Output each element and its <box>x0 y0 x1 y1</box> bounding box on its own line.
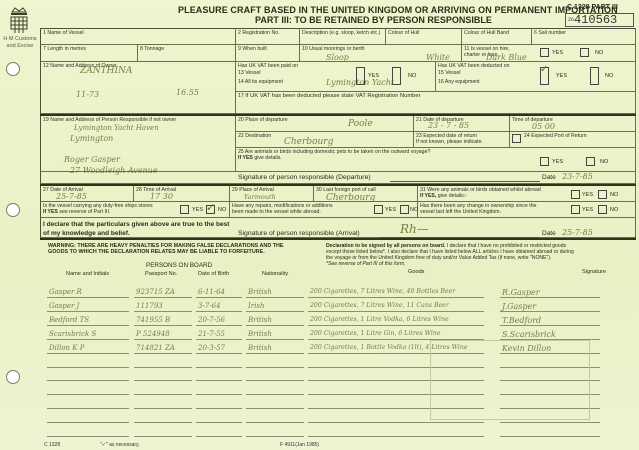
footer-note: "✓" as necessary. <box>100 442 140 448</box>
duty-free-yes-checkbox[interactable] <box>180 205 189 214</box>
field-time-arrival[interactable]: 28 Time of Arrival <box>134 186 230 202</box>
field-expected-port-return[interactable]: 24 Expected Port of Return <box>510 132 636 148</box>
hire-no-label: NO <box>595 50 603 56</box>
table-row-line <box>134 436 192 437</box>
ownership-no-label: NO <box>610 207 618 213</box>
table-cell-signature[interactable]: R.Gasper <box>502 288 540 297</box>
ownership-yes-label: YES <box>582 207 593 213</box>
label: 9 When built <box>238 46 267 52</box>
divider <box>40 238 636 240</box>
label: Has there been any change in ownership s… <box>420 203 540 215</box>
table-cell-goods[interactable]: 200 Cigarettes, 7 Litres Wine, 40 Bottle… <box>310 288 455 295</box>
table-row-line <box>47 394 129 395</box>
table-row-line <box>134 380 192 381</box>
vat-deducted-no-label: NO <box>605 73 613 79</box>
label: 22 Destination <box>238 133 271 139</box>
checkmark-icon: ✓ <box>206 201 215 214</box>
table-row-line <box>246 353 304 354</box>
col-header-signature: Signature <box>582 269 606 275</box>
footer-form-code: C 1328 <box>44 442 60 448</box>
col-header-goods: Goods <box>408 269 424 275</box>
field-registration-no[interactable]: 2 Registration No. <box>236 28 300 45</box>
royal-crest-icon <box>6 6 32 36</box>
label: see reverse of Part III. <box>58 209 110 215</box>
field-vat-registration[interactable]: 17 If UK VAT has been deducted please st… <box>236 92 636 114</box>
table-row-line <box>196 353 242 354</box>
persons-on-board-title: PERSONS ON BOARD <box>146 262 212 269</box>
table-row-line <box>196 339 242 340</box>
label: If not known, please indicate. <box>416 139 507 145</box>
table-cell-name[interactable]: Bedford TS <box>49 316 89 324</box>
col-header-passport: Passport No. <box>145 271 177 277</box>
field-animals-outward: 25 Are animals or birds including domest… <box>236 148 636 172</box>
label: 19 Name and Address of Person Responsibl… <box>43 117 176 123</box>
table-cell-goods[interactable]: 200 Cigarettes, 7 Litres Wine, 11 Cans B… <box>310 302 449 309</box>
table-row-line <box>500 297 600 298</box>
table-cell-name[interactable]: Gasper J <box>49 302 79 310</box>
field-tonnage[interactable]: 8 Tonnage <box>138 45 236 62</box>
label: Has UK VAT been deducted on <box>436 62 635 70</box>
table-row-line <box>134 325 192 326</box>
handwritten-hull-colour: White <box>426 53 450 62</box>
duty-free-no-label: NO <box>218 207 226 213</box>
handwritten-destination: Cherbourg <box>284 137 333 147</box>
label: If YES <box>238 155 253 161</box>
label: Colour of Hull <box>388 30 419 36</box>
table-cell-signature[interactable]: S.Scarisbrick <box>502 330 556 339</box>
table-cell-nationality[interactable]: British <box>248 330 272 338</box>
table-row-line <box>246 394 304 395</box>
checkmark-icon: ✓ <box>540 64 548 75</box>
table-cell-passport[interactable]: 741955 B <box>136 316 170 324</box>
duty-free-yes-label: YES <box>192 207 203 213</box>
table-cell-signature[interactable]: J.Gasper <box>502 302 536 311</box>
declaration-line1: I declare that the particulars given abo… <box>43 221 229 228</box>
animals-abroad-yes-checkbox[interactable] <box>571 190 580 199</box>
handwritten-responsible-line1: Lymington Yacht Haven <box>74 124 159 132</box>
handwritten-place-departure: Poole <box>348 119 373 129</box>
departure-date-label: Date <box>542 174 556 181</box>
table-row-line <box>308 297 484 298</box>
label: give details. <box>253 155 282 161</box>
table-cell-passport[interactable]: P 524948 <box>136 330 170 338</box>
table-row-line <box>308 436 484 437</box>
table-cell-dob[interactable]: 3-7-64 <box>198 302 221 310</box>
table-row-line <box>134 311 192 312</box>
table-row-line <box>246 311 304 312</box>
table-row-line <box>47 339 129 340</box>
table-row-line <box>196 311 242 312</box>
label: 2 Registration No. <box>238 30 280 36</box>
table-cell-nationality[interactable]: British <box>248 288 272 296</box>
label: Colour of Hull Band <box>464 30 509 36</box>
handwritten-responsible-line3: Roger Gasper <box>64 155 120 164</box>
handwritten-description: Sloop <box>326 53 349 62</box>
animals-outward-yes-label: YES <box>552 159 563 165</box>
declaration-block: Declaration to be signed by all persons … <box>326 243 626 267</box>
table-row-line <box>196 436 242 437</box>
label: If YES, <box>420 193 436 199</box>
form-code: C 1328 PART III <box>567 4 618 11</box>
declaration-line2: of my knowledge and belief. <box>43 230 130 237</box>
handwritten-owner-extra: 16.55 <box>176 88 199 97</box>
agency-name: H M Customs and Excise <box>2 36 38 50</box>
departure-signature-line[interactable] <box>390 181 540 182</box>
table-row-line <box>47 436 129 437</box>
table-cell-dob[interactable]: 20-7-56 <box>198 316 225 324</box>
table-row-line <box>196 394 242 395</box>
table-row-line <box>246 422 304 423</box>
arrival-date-label: Date <box>542 230 556 237</box>
table-row-line <box>246 297 304 298</box>
table-row-line <box>246 367 304 368</box>
table-row-line <box>47 325 129 326</box>
handwritten-date-departure: 23 - 7 - 85 <box>428 121 469 130</box>
table-row-line <box>47 367 129 368</box>
table-row-line <box>246 325 304 326</box>
punch-hole <box>6 370 20 384</box>
form-title: PLEASURE CRAFT BASED IN THE UNITED KINGD… <box>178 5 618 15</box>
table-cell-passport[interactable]: 111793 <box>136 302 163 310</box>
table-cell-dob[interactable]: 21-7-55 <box>198 330 225 338</box>
vat-paid-section: Has UK VAT been paid on 13 Vessel 14 All… <box>236 62 436 92</box>
field-when-built[interactable]: 9 When built <box>236 45 300 62</box>
label: 17 <box>238 93 244 99</box>
table-row-line <box>134 408 192 409</box>
table-row-line <box>47 297 129 298</box>
table-row-line <box>47 353 129 354</box>
col-header-dob: Date of Birth <box>198 271 229 277</box>
animals-outward-no-checkbox[interactable] <box>586 157 595 166</box>
label: *See reverse of Part III of this form. <box>326 261 406 267</box>
field-hull-colour[interactable]: Colour of Hull <box>386 28 462 45</box>
label: 24 Expected Port of Return <box>524 133 587 139</box>
label: 6 Sail number <box>534 30 566 36</box>
field-vessel-name[interactable]: 1 Name of Vessel <box>40 28 236 45</box>
goods-area-box <box>430 340 590 420</box>
table-row-line <box>134 422 192 423</box>
field-length[interactable]: 7 Length in metres <box>40 45 138 62</box>
ownership-yes-checkbox[interactable] <box>571 205 580 214</box>
handwritten-moorings: Lymington Yacht <box>326 78 394 87</box>
handwritten-owner-name: ZANTHINA <box>80 66 132 76</box>
handwritten-time-departure: 05 00 <box>532 122 555 131</box>
handwritten-place-arrival: Yarmouth <box>244 193 276 201</box>
table-cell-passport[interactable]: 714821 ZA <box>136 344 175 352</box>
handwritten-responsible-line2: Lymington <box>70 134 113 143</box>
label: If UK VAT has been deducted please state… <box>245 93 420 99</box>
footer-print-code: F 4911(Jan 1985) <box>280 442 319 448</box>
table-row-line <box>500 311 600 312</box>
form-subtitle: PART III: TO BE RETAINED BY PERSON RESPO… <box>255 15 492 25</box>
field-hull-band-colour[interactable]: Colour of Hull Band <box>462 28 532 45</box>
table-row-line <box>134 339 192 340</box>
table-cell-nationality[interactable]: British <box>248 344 272 352</box>
table-row-line <box>500 436 600 437</box>
field-expected-return[interactable]: 23 Expected date of return If not known,… <box>414 132 510 148</box>
table-row-line <box>196 325 242 326</box>
table-row-line <box>134 353 192 354</box>
table-row-line <box>246 436 304 437</box>
label: Description (e.g. sloop, ketch etc.) <box>302 30 380 36</box>
table-cell-dob[interactable]: 6-11-64 <box>198 288 225 296</box>
table-row-line <box>308 422 484 423</box>
table-row-line <box>47 422 129 423</box>
table-row-line <box>134 297 192 298</box>
table-cell-nationality[interactable]: Irish <box>248 302 264 310</box>
table-row-line <box>134 394 192 395</box>
col-header-name: Name and Initials <box>66 271 109 277</box>
repairs-no-checkbox[interactable] <box>400 205 409 214</box>
field-description[interactable]: Description (e.g. sloop, ketch etc.) <box>300 28 386 45</box>
label: 10 Usual moorings or berth <box>302 46 365 52</box>
table-row-line <box>196 297 242 298</box>
repairs-yes-checkbox[interactable] <box>374 205 383 214</box>
table-row-line <box>196 380 242 381</box>
handwritten-date-arrival: 25-7-85 <box>56 192 87 201</box>
ownership-no-checkbox[interactable] <box>598 205 607 214</box>
table-row-line <box>500 325 600 326</box>
label: 1 Name of Vessel <box>43 30 84 36</box>
table-cell-signature[interactable]: T.Bedford <box>502 316 541 325</box>
label: give details:- <box>436 193 467 199</box>
animals-outward-no-label: NO <box>600 159 608 165</box>
table-cell-name[interactable]: Scarisbrick S <box>49 330 96 338</box>
field-date-arrival[interactable]: 27 Date of Arrival <box>40 186 134 202</box>
table-row-line <box>47 408 129 409</box>
animals-outward-yes-checkbox[interactable] <box>540 157 549 166</box>
arrival-signature-label: Signature of person responsible (Arrival… <box>238 230 360 237</box>
table-cell-goods[interactable]: 200 Cigarettes, 1 Litre Vodka, 6 Litres … <box>310 316 449 323</box>
label: Has UK VAT been paid on <box>236 62 435 70</box>
serial-number-box: 26410563 <box>565 13 634 27</box>
table-row-line <box>308 325 484 326</box>
hire-no-checkbox[interactable] <box>580 48 589 57</box>
label: 7 Length in metres <box>43 46 86 52</box>
table-row-line <box>500 422 600 423</box>
punch-hole <box>6 203 20 217</box>
serial-number: 410563 <box>574 13 617 27</box>
customs-form-page: H M Customs and Excise PLEASURE CRAFT BA… <box>0 0 639 450</box>
field-place-departure[interactable]: 20 Place of departure <box>236 116 414 132</box>
table-row-line <box>246 380 304 381</box>
handwritten-owner-line2: 11-73 <box>76 90 99 99</box>
label: 20 Place of departure <box>238 117 288 123</box>
table-row-line <box>308 311 484 312</box>
label: 8 Tonnage <box>140 46 164 52</box>
table-row-line <box>246 408 304 409</box>
hire-yes-checkbox[interactable] <box>540 48 549 57</box>
handwritten-departure-date: 23-7-85 <box>562 172 593 181</box>
warning-text-2: GOODS TO WHICH THE DECLARATION RELATES M… <box>48 249 265 255</box>
table-row-line <box>196 367 242 368</box>
repairs-no-label: NO <box>410 207 418 213</box>
label: If YES <box>43 209 58 215</box>
handwritten-hull-band: Dark Blue <box>486 53 527 62</box>
table-row-line <box>196 408 242 409</box>
hire-yes-label: YES <box>552 50 563 56</box>
table-row-line <box>196 422 242 423</box>
vat-deducted-yes-label: YES <box>556 73 567 79</box>
field-owner[interactable]: 12 Name and Address of Owner <box>40 62 236 114</box>
table-row-line <box>47 311 129 312</box>
table-cell-nationality[interactable]: British <box>248 316 272 324</box>
vat-deducted-no-checkbox[interactable] <box>590 67 599 85</box>
field-time-departure[interactable]: Time of departure <box>510 116 636 132</box>
repairs-yes-label: YES <box>385 207 396 213</box>
handwritten-time-arrival: 17 30 <box>150 192 173 201</box>
departure-signature-label: Signature of person responsible (Departu… <box>238 174 371 181</box>
table-cell-name[interactable]: Dillon K P <box>49 344 84 352</box>
punch-hole <box>6 62 20 76</box>
label: 13 Vessel <box>236 70 435 77</box>
table-cell-goods[interactable]: 200 Cigarettes, 1 Litre Gin, 6 Litres Wi… <box>310 330 441 337</box>
table-cell-passport[interactable]: 923715 ZA <box>136 288 175 296</box>
field-sail-number[interactable]: 6 Sail number <box>532 28 636 45</box>
vat-paid-no-label: NO <box>408 73 416 79</box>
table-cell-name[interactable]: Gasper R <box>49 288 82 296</box>
table-row-line <box>134 367 192 368</box>
animals-abroad-yes-label: YES <box>582 192 593 198</box>
table-row-line <box>47 380 129 381</box>
col-header-nationality: Nationality <box>262 271 288 277</box>
handwritten-arrival-signature: Rh— <box>400 222 429 236</box>
table-cell-dob[interactable]: 20-3-57 <box>198 344 225 352</box>
handwritten-arrival-date: 25-7-85 <box>562 228 593 237</box>
animals-abroad-no-label: NO <box>610 192 618 198</box>
animals-abroad-no-checkbox[interactable] <box>598 190 607 199</box>
table-row-line <box>246 339 304 340</box>
label: Have any repairs, modifications or addit… <box>232 203 342 215</box>
